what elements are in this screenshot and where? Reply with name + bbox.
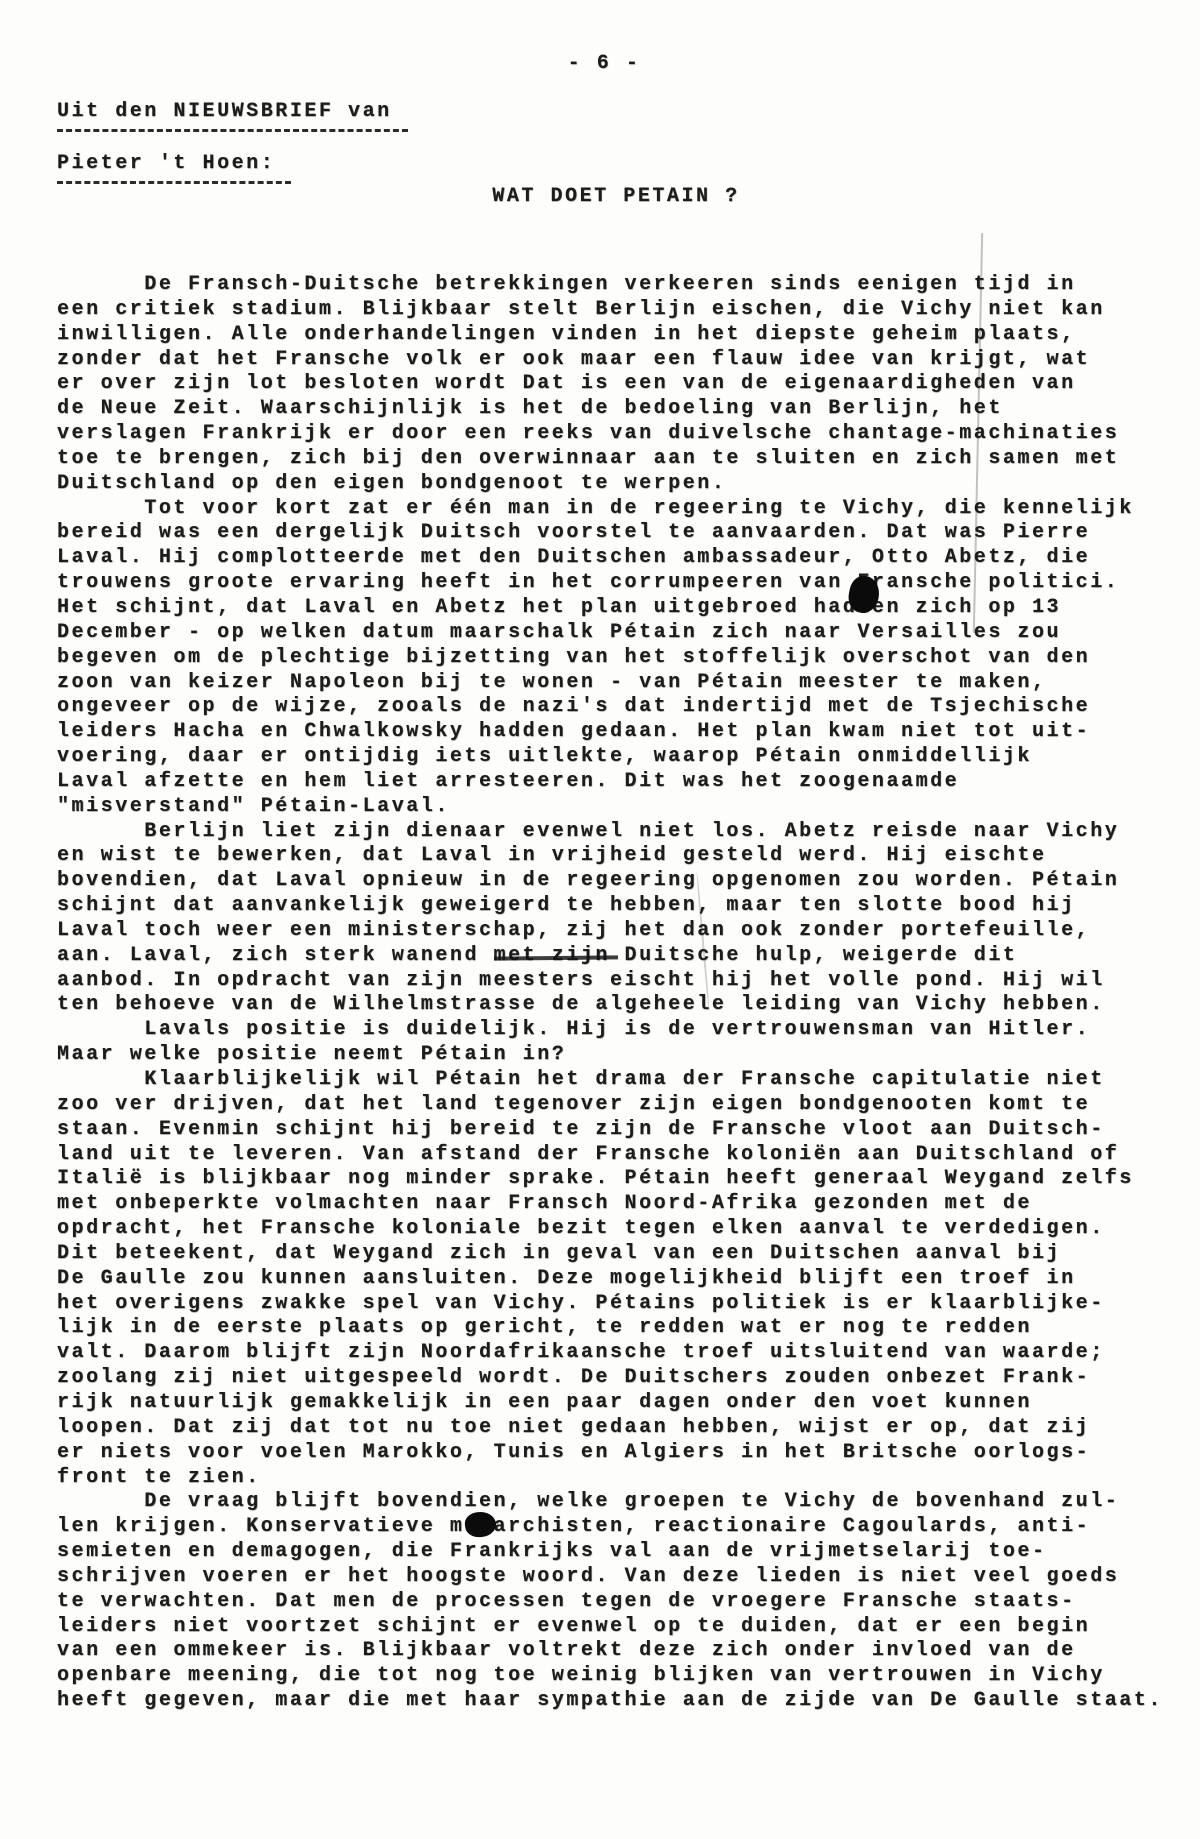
- text-line: Tot voor kort zat er één man in de regee…: [57, 497, 1192, 522]
- text-line: De Gaulle zou kunnen aansluiten. Deze mo…: [57, 1267, 1192, 1292]
- text-line: zoolang zij niet uitgespeeld wordt. De D…: [57, 1366, 1192, 1391]
- text-line: bereid was een dergelijk Duitsch voorste…: [57, 521, 1192, 546]
- text-line: valt. Daarom blijft zijn Noordafrikaansc…: [57, 1341, 1192, 1366]
- text-line: openbare meening, die tot nog toe weinig…: [57, 1664, 1192, 1689]
- text-line: opdracht, het Fransche koloniale bezit t…: [57, 1217, 1192, 1242]
- text-line: met onbeperkte volmachten naar Fransch N…: [57, 1192, 1192, 1217]
- text-line: Laval toch weer een ministerschap, zij h…: [57, 919, 1192, 944]
- text-line: leiders niet voortzet schijnt er evenwel…: [57, 1615, 1192, 1640]
- text-line: De Fransch-Duitsche betrekkingen verkeer…: [57, 273, 1192, 298]
- text-line: Duitschland op den eigen bondgenoot te w…: [57, 472, 1192, 497]
- text-line: land uit te leveren. Van afstand der Fra…: [57, 1143, 1192, 1168]
- text-line: zonder dat het Fransche volk er ook maar…: [57, 348, 1192, 373]
- text-line: Lavals positie is duidelijk. Hij is de v…: [57, 1018, 1192, 1043]
- text-line: inwilligen. Alle onderhandelingen vinden…: [57, 323, 1192, 348]
- text-line: ongeveer op de wijze, zooals de nazi's d…: [57, 695, 1192, 720]
- article-body: De Fransch-Duitsche betrekkingen verkeer…: [57, 273, 1192, 1714]
- text-line: Dit beteekent, dat Weygand zich in geval…: [57, 1242, 1192, 1267]
- text-line: zoon van keizer Napoleon bij te wonen - …: [57, 671, 1192, 696]
- text-line: ten behoeve van de Wilhelmstrasse de alg…: [57, 993, 1192, 1018]
- document-page: - 6 - Uit den NIEUWSBRIEF van Pieter 't …: [0, 0, 1200, 1839]
- text-line: er niets voor voelen Marokko, Tunis en A…: [57, 1441, 1192, 1466]
- text-line: trouwens groote ervaring heeft in het co…: [57, 571, 1192, 596]
- text-line: en wist te bewerken, dat Laval in vrijhe…: [57, 844, 1192, 869]
- text-line: front te zien.: [57, 1466, 1192, 1491]
- text-line: aan. Laval, zich sterk wanend met zijn D…: [57, 944, 1192, 969]
- text-line: rijk natuurlijk gemakkelijk in een paar …: [57, 1391, 1192, 1416]
- text-line: leiders Hacha en Chwalkowsky hadden geda…: [57, 720, 1192, 745]
- article-title: WAT DOET PETAIN ?: [0, 185, 1200, 208]
- text-line: semieten en demagogen, die Frankrijks va…: [57, 1540, 1192, 1565]
- text-line: len krijgen. Konservatieve monarchisten,…: [57, 1515, 1192, 1540]
- text-line: begeven om de plechtige bijzetting van h…: [57, 646, 1192, 671]
- text-line: Het schijnt, dat Laval en Abetz het plan…: [57, 596, 1192, 621]
- text-line: De vraag blijft bovendien, welke groepen…: [57, 1490, 1192, 1515]
- text-line: Klaarblijkelijk wil Pétain het drama der…: [57, 1068, 1192, 1093]
- text-line: schijnt dat aanvankelijk geweigerd te he…: [57, 894, 1192, 919]
- text-line: lijk in de eerste plaats op gericht, te …: [57, 1316, 1192, 1341]
- text-line: van een ommekeer is. Blijkbaar voltrekt …: [57, 1639, 1192, 1664]
- text-line: heeft gegeven, maar die met haar sympath…: [57, 1689, 1192, 1714]
- text-line: het overigens zwakke spel van Vichy. Pét…: [57, 1292, 1192, 1317]
- text-line: schrijven voeren er het hoogste woord. V…: [57, 1565, 1192, 1590]
- text-line: Maar welke positie neemt Pétain in?: [57, 1043, 1192, 1068]
- text-line: Berlijn liet zijn dienaar evenwel niet l…: [57, 820, 1192, 845]
- text-line: loopen. Dat zij dat tot nu toe niet geda…: [57, 1416, 1192, 1441]
- text-line: voering, daar er ontijdig iets uitlekte,…: [57, 745, 1192, 770]
- text-line: er over zijn lot besloten wordt Dat is e…: [57, 372, 1192, 397]
- page-number: - 6 -: [0, 52, 1200, 75]
- text-line: "misverstand" Pétain-Laval.: [57, 795, 1192, 820]
- source-author: Pieter 't Hoen:: [57, 152, 291, 184]
- text-line: toe te brengen, zich bij den overwinnaar…: [57, 447, 1192, 472]
- text-line: Laval afzette en hem liet arresteeren. D…: [57, 770, 1192, 795]
- text-line: Italië is blijkbaar nog minder sprake. P…: [57, 1167, 1192, 1192]
- text-line: aanbod. In opdracht van zijn meesters ei…: [57, 969, 1192, 994]
- text-line: December - op welken datum maarschalk Pé…: [57, 621, 1192, 646]
- text-line: verslagen Frankrijk er door een reeks va…: [57, 422, 1192, 447]
- text-line: een critiek stadium. Blijkbaar stelt Ber…: [57, 298, 1192, 323]
- text-line: zoo ver drijven, dat het land tegenover …: [57, 1093, 1192, 1118]
- text-line: bovendien, dat Laval opnieuw in de regee…: [57, 869, 1192, 894]
- text-line: de Neue Zeit. Waarschijnlijk is het de b…: [57, 397, 1192, 422]
- text-line: Laval. Hij complotteerde met den Duitsch…: [57, 546, 1192, 571]
- text-line: te verwachten. Dat men de processen tege…: [57, 1590, 1192, 1615]
- source-block: Uit den NIEUWSBRIEF van Pieter 't Hoen:: [57, 100, 408, 184]
- text-line: staan. Evenmin schijnt hij bereid te zij…: [57, 1118, 1192, 1143]
- source-heading: Uit den NIEUWSBRIEF van: [57, 100, 408, 132]
